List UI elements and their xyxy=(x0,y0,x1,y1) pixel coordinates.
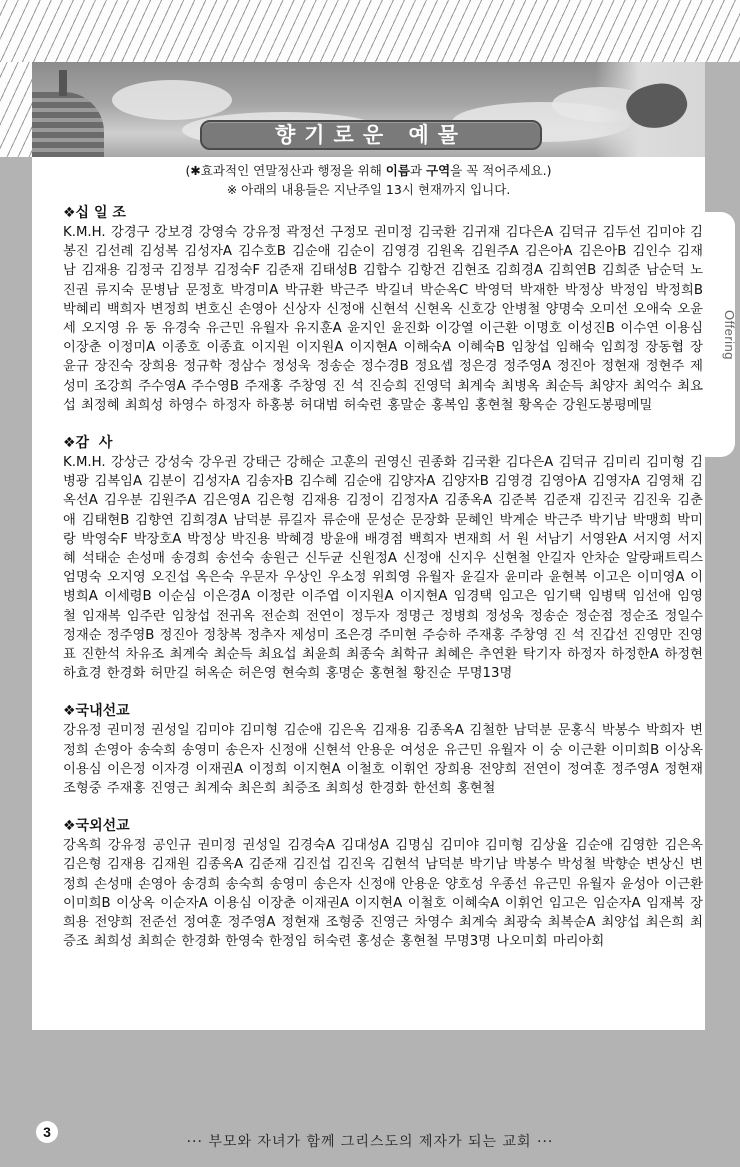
section-domestic-missions: ❖국내선교 강유정 권미정 권성일 김미야 김미형 김순애 김은옥 김재용 김종… xyxy=(63,701,703,798)
name-list: K.M.H. 강상근 강성숙 강우권 강태근 강해순 고훈의 권영신 권종화 김… xyxy=(63,453,703,683)
section-foreign-missions: ❖국외선교 강옥희 강유정 공인규 권미정 권성일 김경숙A 김대성A 김명심 … xyxy=(63,816,703,951)
notice-line-2: ※ 아래의 내용들은 지난주일 13시 현재까지 입니다. xyxy=(32,180,705,198)
section-title: ❖국외선교 xyxy=(63,816,703,836)
notice-text: 을 꼭 적어주세요.) xyxy=(450,163,551,178)
page-title: 향기로운 예물 xyxy=(200,120,542,150)
hatched-background xyxy=(0,0,740,62)
section-tithe: ❖십 일 조 K.M.H. 강경구 강보경 강영숙 강유정 곽정선 구정모 권미… xyxy=(63,203,703,415)
section-title: ❖감 사 xyxy=(63,433,703,453)
name-list: 강유정 권미정 권성일 김미야 김미형 김순애 김은옥 김재용 김종옥A 김철한… xyxy=(63,721,703,798)
name-list: K.M.H. 강경구 강보경 강영숙 강유정 곽정선 구정모 권미정 김국환 김… xyxy=(63,223,703,415)
offering-list: ❖십 일 조 K.M.H. 강경구 강보경 강영숙 강유정 곽정선 구정모 권미… xyxy=(63,203,703,966)
section-title: ❖국내선교 xyxy=(63,701,703,721)
section-thanksgiving: ❖감 사 K.M.H. 강상근 강성숙 강우권 강태근 강해순 고훈의 권영신 … xyxy=(63,433,703,683)
side-tab-label: Offering xyxy=(707,300,737,370)
footer-motto: ··· 부모와 자녀가 함께 그리스도의 제자가 되는 교회 ··· xyxy=(150,1131,590,1151)
notice-text: 과 xyxy=(410,163,426,178)
page-number: 3 xyxy=(36,1121,58,1143)
church-tower-image xyxy=(59,70,67,96)
notice-text: (✱효과적인 연말정산과 행정을 위해 xyxy=(186,163,386,178)
notice-line-1: (✱효과적인 연말정산과 행정을 위해 이름과 구역을 꼭 적어주세요.) xyxy=(32,161,705,179)
notice-bold-district: 구역 xyxy=(426,163,450,178)
name-list: 강옥희 강유정 공인규 권미정 권성일 김경숙A 김대성A 김명심 김미야 김미… xyxy=(63,836,703,951)
section-title: ❖십 일 조 xyxy=(63,203,703,223)
notice-bold-name: 이름 xyxy=(386,163,410,178)
church-building-image xyxy=(32,92,104,157)
hatched-background-left xyxy=(0,62,32,157)
